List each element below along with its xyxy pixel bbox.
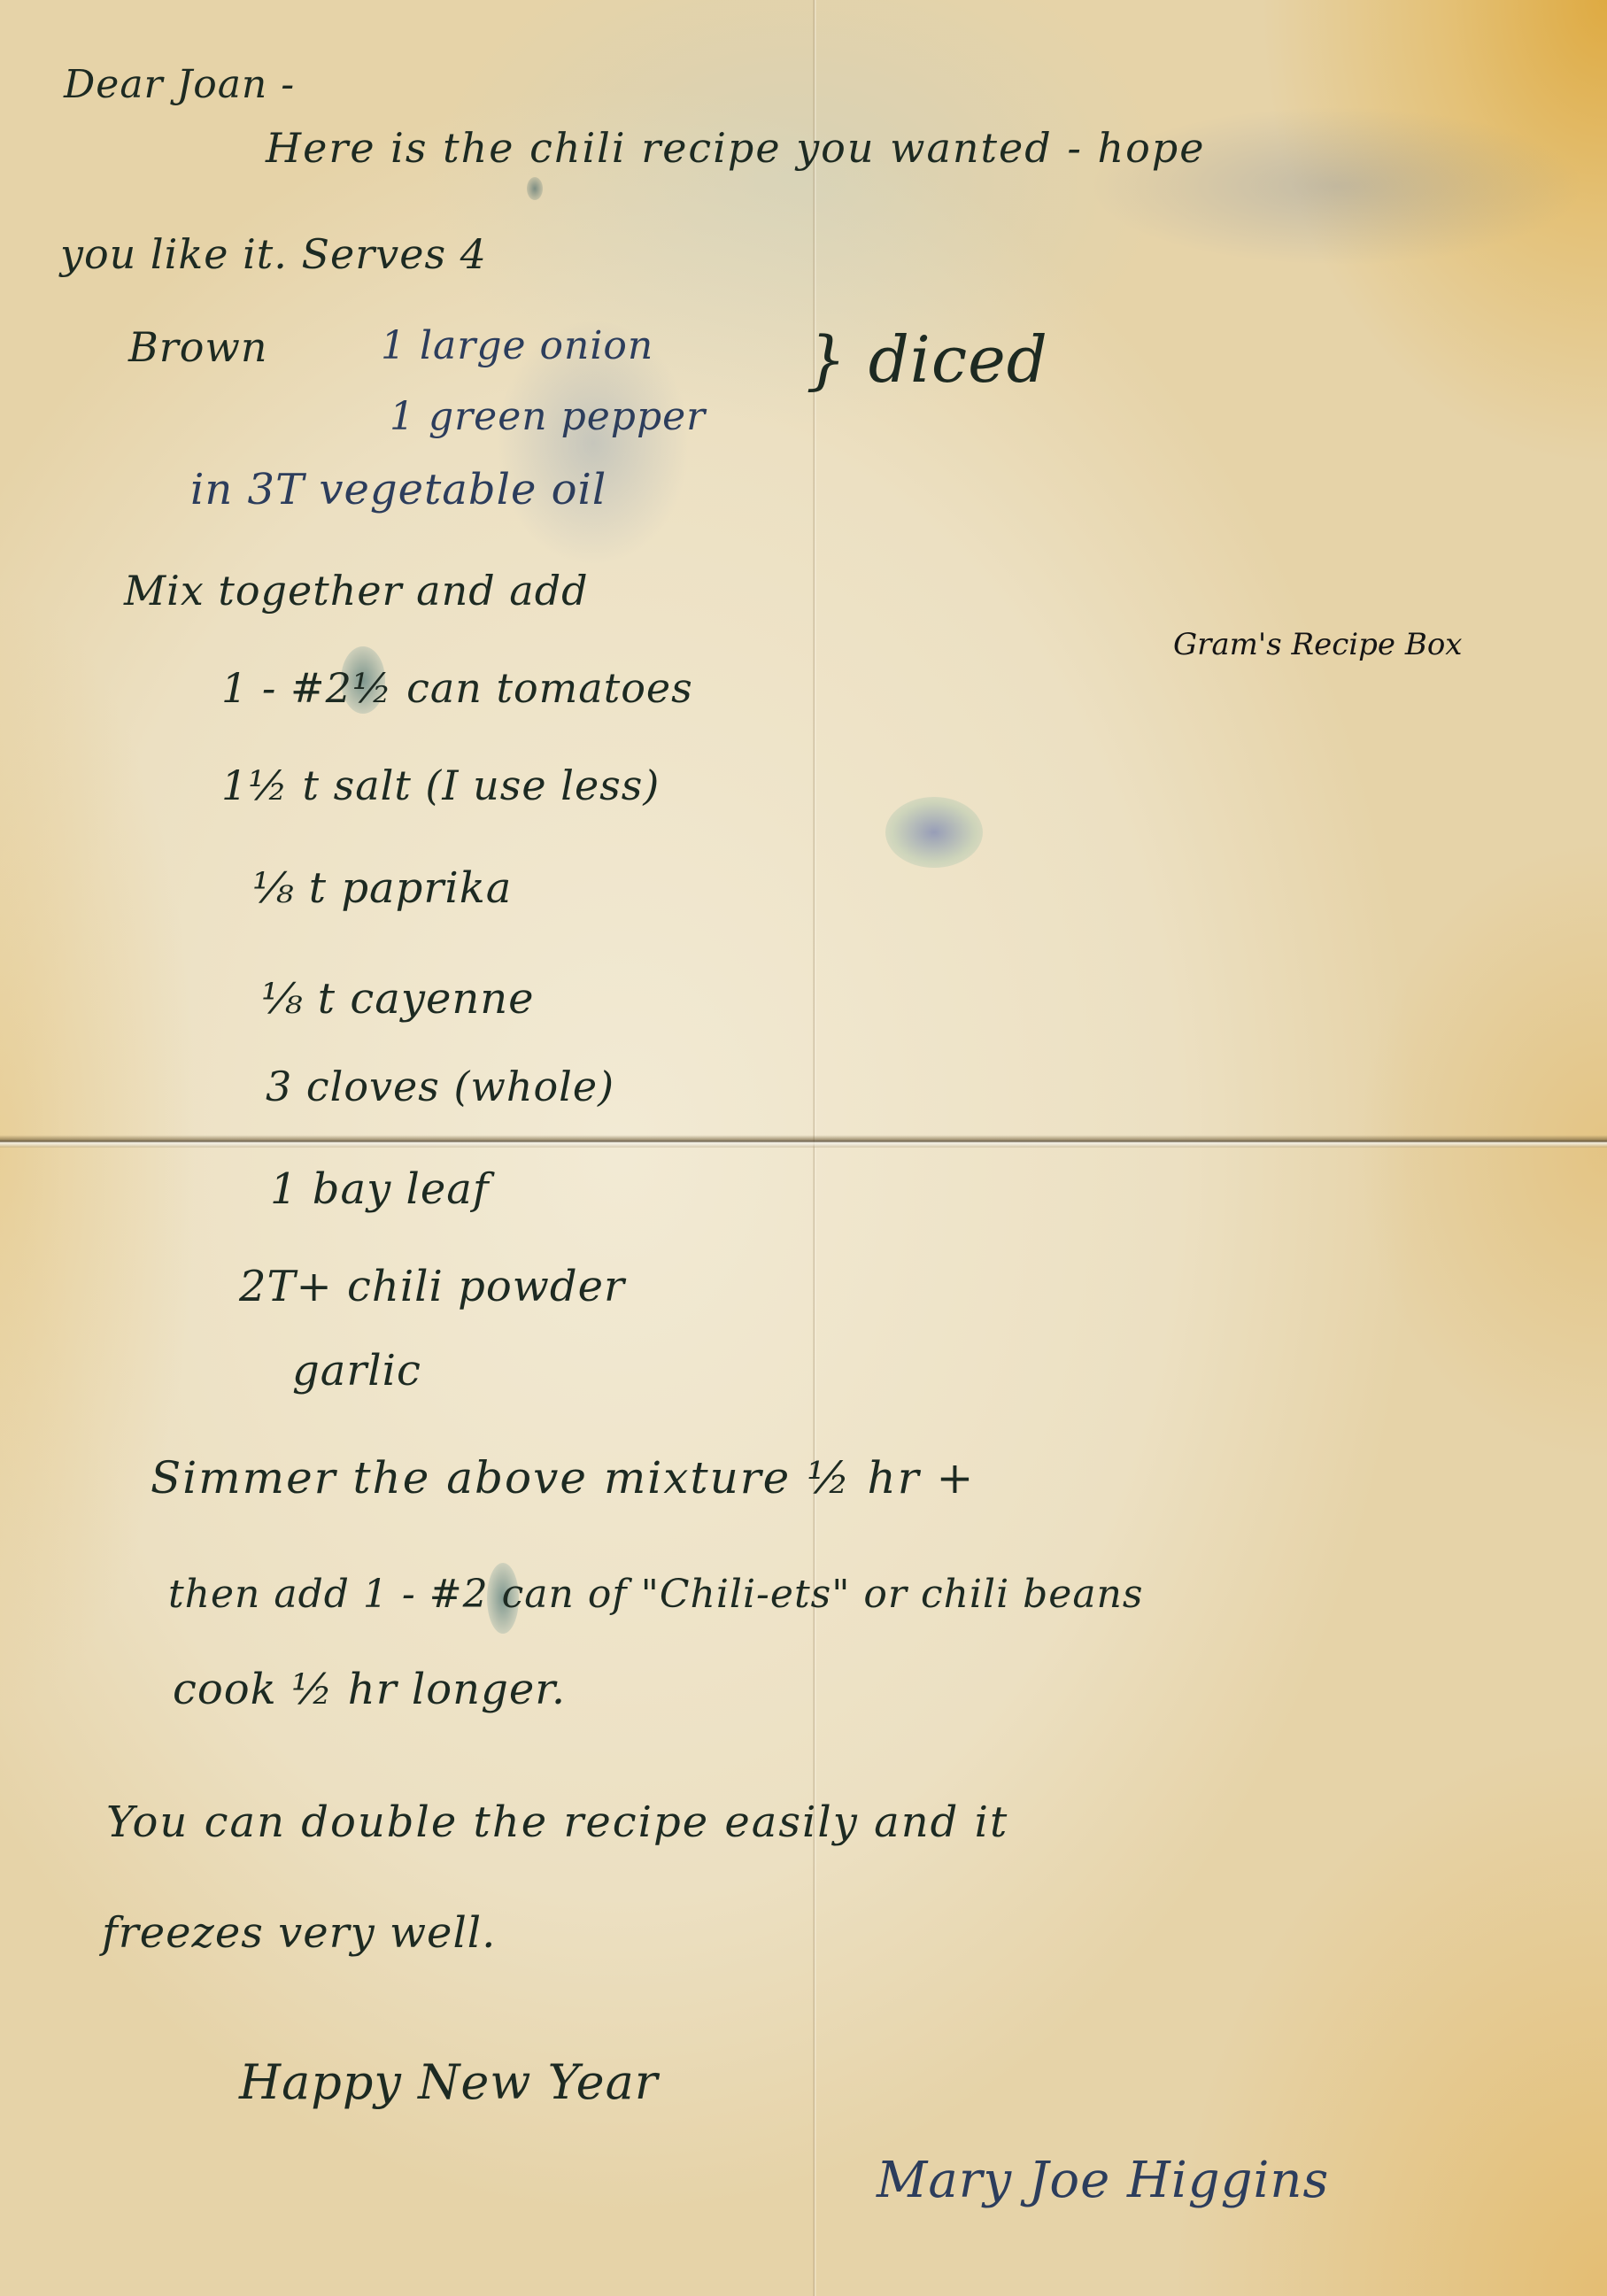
ingredient-chili-powder: 2T+ chili powder [239,1262,625,1311]
step1-oil: in 3T vegetable oil [190,465,606,514]
note-line-1: You can double the recipe easily and it [106,1797,1008,1847]
letter-page: Gram's Recipe Box Dear Joan - Here is th… [0,0,1607,2296]
ink-blot [527,177,543,200]
intro-line-2: you like it. Serves 4 [60,230,487,278]
salutation: Dear Joan - [64,62,295,107]
horizontal-fold-crease [0,1135,1607,1148]
cook-instruction: cook ½ hr longer. [173,1665,566,1714]
step1-item-onion: 1 large onion [381,323,653,368]
ingredient-garlic: garlic [292,1346,421,1395]
ingredient-cayenne: ⅛ t cayenne [261,974,535,1024]
step1-item-pepper: 1 green pepper [390,394,706,439]
step1-verb: Brown [128,323,268,371]
ink-blot [885,797,983,868]
step1-diced-note: } diced [806,328,1048,391]
ingredient-salt: 1½ t salt (I use less) [221,761,660,809]
then-add-instruction: then add 1 - #2 can of "Chili-ets" or ch… [168,1572,1143,1617]
ingredient-tomatoes: 1 - #2½ can tomatoes [221,664,693,712]
note-line-2: freezes very well. [102,1908,496,1958]
simmer-instruction: Simmer the above mixture ½ hr + [151,1452,975,1504]
signature: Mary Joe Higgins [877,2152,1329,2209]
ingredient-paprika: ⅛ t paprika [252,863,512,913]
closing-greeting: Happy New Year [239,2054,659,2110]
step2-heading: Mix together and add [124,567,589,615]
ingredient-bay-leaf: 1 bay leaf [270,1164,490,1214]
watermark-title: Gram's Recipe Box [1173,627,1463,662]
ingredient-cloves: 3 cloves (whole) [266,1063,614,1110]
intro-line-1: Here is the chili recipe you wanted - ho… [266,124,1205,172]
